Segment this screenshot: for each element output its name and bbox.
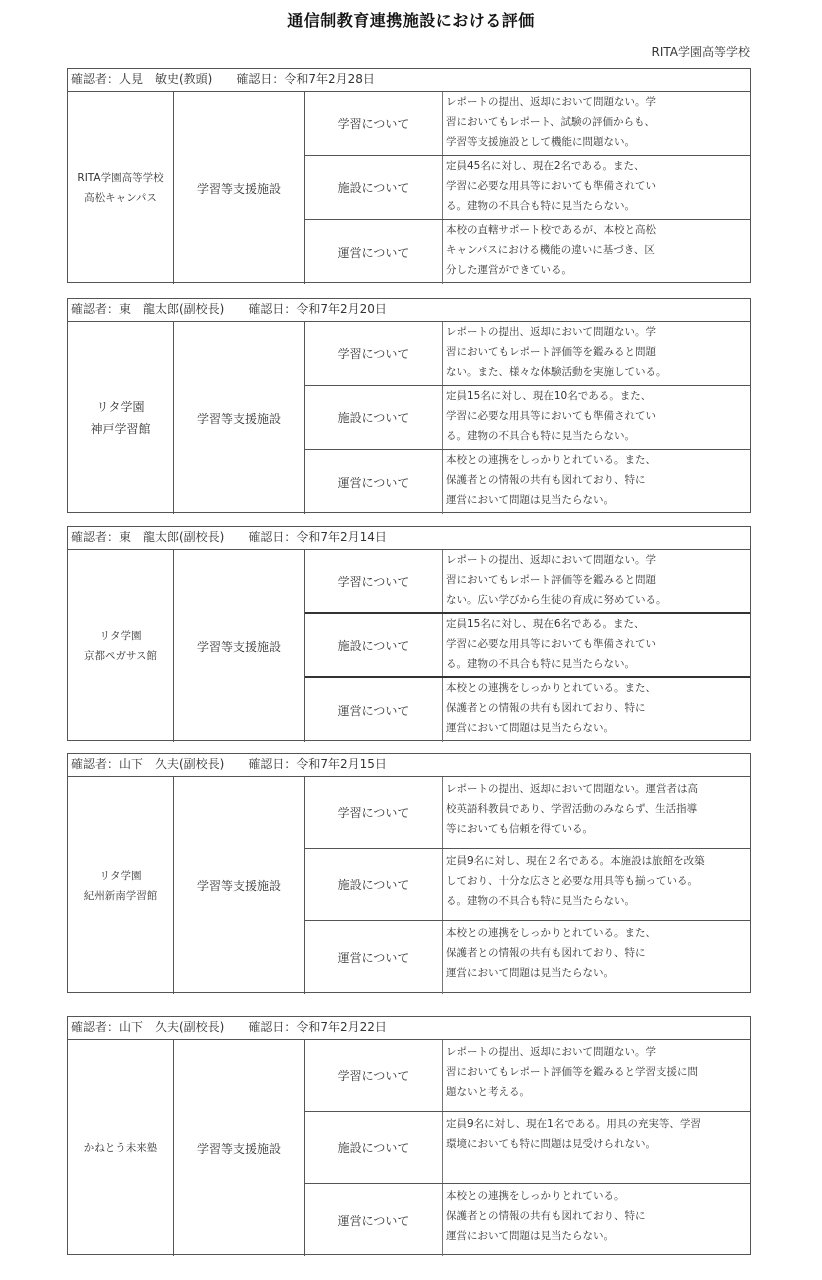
text-line: 習においてもレポート評価等を鑑みると問題 — [446, 342, 747, 362]
block-header: 確認者：人見 敏史(教頭) 確認日：令和7年2月28日 — [68, 69, 750, 92]
text-line: 運営において問題は見当たらない。 — [446, 1226, 747, 1246]
text-line: ない。また、様々な体験活動を実施している。 — [446, 362, 747, 382]
evaluation-row: 学習について レポートの提出、返却において問題ない。学 習においてもレポート評価… — [305, 550, 750, 614]
text-line: 本校との連携をしっかりとれている。また、 — [446, 678, 747, 698]
text-line: ない。広い学びから生徒の育成に努めている。 — [446, 590, 747, 610]
category-label: 施設について — [305, 849, 443, 920]
category-label: 運営について — [305, 220, 443, 284]
category-label: 学習について — [305, 777, 443, 848]
text-line: 習においてもレポート評価等を鑑みると問題 — [446, 570, 747, 590]
category-label: 学習について — [305, 550, 443, 612]
text-line: 定員15名に対し、現在10名である。また、 — [446, 386, 747, 406]
category-label: 運営について — [305, 921, 443, 994]
text-line: 本校との連携をしっかりとれている。また、 — [446, 450, 747, 470]
text-line: る。建物の不具合も特に見当たらない。 — [446, 891, 747, 911]
category-label: 施設について — [305, 156, 443, 219]
text-line: る。建物の不具合も特に見当たらない。 — [446, 426, 747, 446]
text-line: 学習に必要な用具等においても準備されてい — [446, 406, 747, 426]
category-label: 運営について — [305, 678, 443, 742]
evaluation-block: 確認者：東 龍太郎(副校長) 確認日：令和7年2月20日 リタ学園 神戸学習館 … — [67, 298, 751, 513]
facility-name-line: かねとう未来塾 — [84, 1138, 158, 1158]
text-line: る。建物の不具合も特に見当たらない。 — [446, 654, 747, 674]
text-line: レポートの提出、返却において問題ない。学 — [446, 92, 747, 112]
facility-name: リタ学園 紀州新南学習館 — [68, 777, 174, 994]
text-line: 題ないと考える。 — [446, 1082, 747, 1102]
facility-name: RITA学園高等学校 高松キャンパス — [68, 92, 174, 284]
text-line: レポートの提出、返却において問題ない。運営者は高 — [446, 779, 747, 799]
evaluation-row: 運営について 本校との連携をしっかりとれている。また、 保護者との情報の共有も図… — [305, 678, 750, 742]
text-line: 分した運営ができている。 — [446, 260, 747, 280]
evaluation-text: レポートの提出、返却において問題ない。運営者は高 校英語科教員であり、学習活動の… — [442, 777, 750, 848]
document-title: 通信制教育連携施設における評価 — [0, 8, 822, 31]
text-line: レポートの提出、返却において問題ない。学 — [446, 322, 747, 342]
text-line: レポートの提出、返却において問題ない。学 — [446, 1042, 747, 1062]
text-line: 本校との連携をしっかりとれている。また、 — [446, 923, 747, 943]
evaluation-block: 確認者：山下 久夫(副校長) 確認日：令和7年2月22日 かねとう未来塾 学習等… — [67, 1016, 751, 1255]
facility-name-line: リタ学園 — [100, 866, 142, 886]
evaluation-row: 学習について レポートの提出、返却において問題ない。学 習においてもレポート評価… — [305, 322, 750, 386]
evaluation-row: 運営について 本校との連携をしっかりとれている。また、 保護者との情報の共有も図… — [305, 921, 750, 994]
text-line: 環境においても特に問題は見受けられない。 — [446, 1134, 747, 1154]
text-line: 等においても信頼を得ている。 — [446, 819, 747, 839]
evaluation-row: 施設について 定員45名に対し、現在2名である。また、 学習に必要な用具等におい… — [305, 156, 750, 220]
evaluation-row: 学習について レポートの提出、返却において問題ない。学 習においてもレポート、試… — [305, 92, 750, 156]
evaluation-text: 定員9名に対し、現在２名である。本施設は旅館を改築 しており、十分な広さと必要な… — [442, 849, 750, 920]
facility-type: 学習等支援施設 — [174, 777, 305, 994]
facility-name-line: 紀州新南学習館 — [84, 886, 158, 906]
evaluation-text: 本校との連携をしっかりとれている。また、 保護者との情報の共有も図れており、特に… — [442, 921, 750, 994]
evaluation-row: 施設について 定員15名に対し、現在10名である。また、 学習に必要な用具等にお… — [305, 386, 750, 450]
category-label: 学習について — [305, 92, 443, 155]
text-line: 習においてもレポート、試験の評価からも、 — [446, 112, 747, 132]
block-header: 確認者：東 龍太郎(副校長) 確認日：令和7年2月20日 — [68, 299, 750, 322]
facility-type: 学習等支援施設 — [174, 550, 305, 742]
facility-name-line: 京都ペガサス館 — [84, 646, 157, 666]
facility-name: リタ学園 神戸学習館 — [68, 322, 174, 514]
category-label: 運営について — [305, 450, 443, 514]
evaluation-row: 運営について 本校の直轄サポート校であるが、本校と高松 キャンパスにおける機能の… — [305, 220, 750, 284]
facility-type: 学習等支援施設 — [174, 322, 305, 514]
evaluation-row: 学習について レポートの提出、返却において問題ない。運営者は高 校英語科教員であ… — [305, 777, 750, 849]
facility-type: 学習等支援施設 — [174, 1040, 305, 1256]
evaluation-text: 本校との連携をしっかりとれている。 保護者との情報の共有も図れており、特に 運営… — [442, 1184, 750, 1256]
facility-name: リタ学園 京都ペガサス館 — [68, 550, 174, 742]
evaluation-row: 施設について 定員9名に対し、現在1名である。用具の充実等、学習 環境においても… — [305, 1112, 750, 1184]
block-header: 確認者：山下 久夫(副校長) 確認日：令和7年2月22日 — [68, 1017, 750, 1040]
facility-name-line: 高松キャンパス — [84, 188, 157, 208]
text-line: 学習に必要な用具等においても準備されてい — [446, 634, 747, 654]
text-line: 習においてもレポート評価等を鑑みると学習支援に問 — [446, 1062, 747, 1082]
text-line: 学習に必要な用具等においても準備されてい — [446, 176, 747, 196]
evaluation-row: 学習について レポートの提出、返却において問題ない。学 習においてもレポート評価… — [305, 1040, 750, 1112]
text-line: 校英語科教員であり、学習活動のみならず、生活指導 — [446, 799, 747, 819]
text-line: 保護者との情報の共有も図れており、特に — [446, 698, 747, 718]
facility-type: 学習等支援施設 — [174, 92, 305, 284]
facility-name: かねとう未来塾 — [68, 1040, 174, 1256]
evaluation-block: 確認者：人見 敏史(教頭) 確認日：令和7年2月28日 RITA学園高等学校 高… — [67, 68, 751, 283]
facility-name-line: リタ学園 — [100, 626, 142, 646]
text-line: しており、十分な広さと必要な用具等も揃っている。 — [446, 871, 747, 891]
evaluation-text: 定員45名に対し、現在2名である。また、 学習に必要な用具等においても準備されて… — [442, 156, 750, 219]
evaluation-text: 定員9名に対し、現在1名である。用具の充実等、学習 環境においても特に問題は見受… — [442, 1112, 750, 1183]
text-line: 定員9名に対し、現在２名である。本施設は旅館を改築 — [446, 851, 747, 871]
evaluation-text: レポートの提出、返却において問題ない。学 習においてもレポート評価等を鑑みると問… — [442, 322, 750, 385]
text-line: 保護者との情報の共有も図れており、特に — [446, 470, 747, 490]
evaluation-text: レポートの提出、返却において問題ない。学 習においてもレポート評価等を鑑みると学… — [442, 1040, 750, 1111]
facility-name-line: リタ学園 — [96, 396, 144, 418]
text-line: 定員9名に対し、現在1名である。用具の充実等、学習 — [446, 1114, 747, 1134]
evaluation-text: レポートの提出、返却において問題ない。学 習においてもレポート、試験の評価からも… — [442, 92, 750, 155]
block-header: 確認者：東 龍太郎(副校長) 確認日：令和7年2月14日 — [68, 527, 750, 550]
text-line: 保護者との情報の共有も図れており、特に — [446, 1206, 747, 1226]
evaluation-text: 定員15名に対し、現在10名である。また、 学習に必要な用具等においても準備され… — [442, 386, 750, 449]
evaluation-text: 本校の直轄サポート校であるが、本校と高松 キャンパスにおける機能の違いに基づき、… — [442, 220, 750, 284]
text-line: 保護者との情報の共有も図れており、特に — [446, 943, 747, 963]
text-line: 定員45名に対し、現在2名である。また、 — [446, 156, 747, 176]
category-label: 学習について — [305, 1040, 443, 1111]
category-label: 運営について — [305, 1184, 443, 1256]
text-line: 運営において問題は見当たらない。 — [446, 718, 747, 738]
evaluation-row: 運営について 本校との連携をしっかりとれている。また、 保護者との情報の共有も図… — [305, 450, 750, 514]
category-label: 施設について — [305, 614, 443, 676]
evaluation-block: 確認者：東 龍太郎(副校長) 確認日：令和7年2月14日 リタ学園 京都ペガサス… — [67, 526, 751, 741]
evaluation-row: 運営について 本校との連携をしっかりとれている。 保護者との情報の共有も図れてお… — [305, 1184, 750, 1256]
evaluation-text: 本校との連携をしっかりとれている。また、 保護者との情報の共有も図れており、特に… — [442, 450, 750, 514]
text-line: 定員15名に対し、現在6名である。また、 — [446, 614, 747, 634]
block-header: 確認者：山下 久夫(副校長) 確認日：令和7年2月15日 — [68, 754, 750, 777]
facility-name-line: RITA学園高等学校 — [77, 168, 163, 188]
text-line: 学習等支援施設として機能に問題ない。 — [446, 132, 747, 152]
evaluation-block: 確認者：山下 久夫(副校長) 確認日：令和7年2月15日 リタ学園 紀州新南学習… — [67, 753, 751, 993]
evaluation-text: レポートの提出、返却において問題ない。学 習においてもレポート評価等を鑑みると問… — [442, 550, 750, 612]
category-label: 施設について — [305, 1112, 443, 1183]
text-line: 運営において問題は見当たらない。 — [446, 490, 747, 510]
category-label: 施設について — [305, 386, 443, 449]
text-line: 本校との連携をしっかりとれている。 — [446, 1186, 747, 1206]
text-line: る。建物の不具合も特に見当たらない。 — [446, 196, 747, 216]
text-line: キャンパスにおける機能の違いに基づき、区 — [446, 240, 747, 260]
facility-name-line: 神戸学習館 — [90, 418, 150, 440]
evaluation-row: 施設について 定員15名に対し、現在6名である。また、 学習に必要な用具等におい… — [305, 614, 750, 678]
text-line: 本校の直轄サポート校であるが、本校と高松 — [446, 220, 747, 240]
school-name: RITA学園高等学校 — [652, 43, 751, 60]
evaluation-text: 定員15名に対し、現在6名である。また、 学習に必要な用具等においても準備されて… — [442, 614, 750, 676]
text-line: 運営において問題は見当たらない。 — [446, 963, 747, 983]
evaluation-row: 施設について 定員9名に対し、現在２名である。本施設は旅館を改築 しており、十分… — [305, 849, 750, 921]
text-line: レポートの提出、返却において問題ない。学 — [446, 550, 747, 570]
category-label: 学習について — [305, 322, 443, 385]
evaluation-text: 本校との連携をしっかりとれている。また、 保護者との情報の共有も図れており、特に… — [442, 678, 750, 742]
